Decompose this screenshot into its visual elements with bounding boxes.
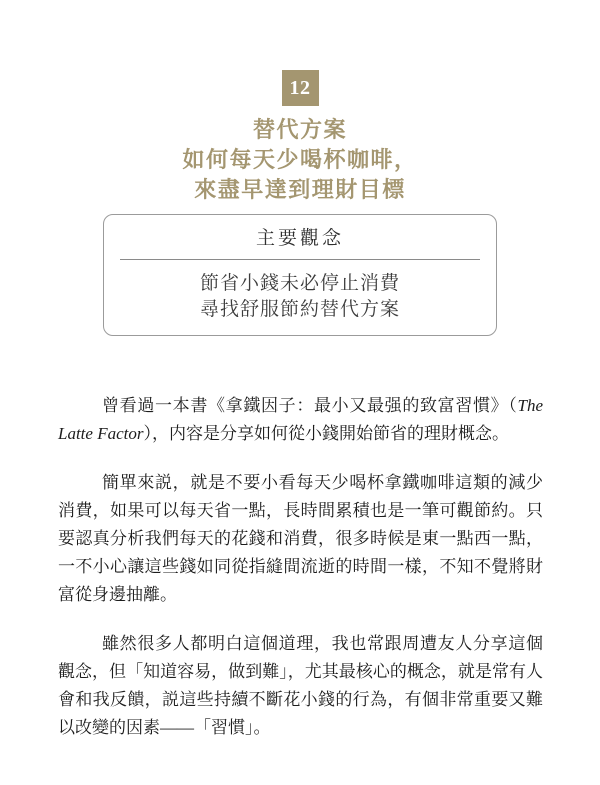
paragraph-1-text-post: ），内容是分享如何從小錢開始節省的理財概念。 — [143, 424, 509, 443]
chapter-title: 替代方案 如何每天少喝杯咖啡， 來盡早達到理財目標 — [0, 115, 600, 205]
chapter-title-line-2: 如何每天少喝杯咖啡， — [0, 145, 600, 175]
concept-line-1: 節省小錢未必停止消費 — [120, 271, 480, 297]
concept-divider-line — [120, 259, 480, 260]
key-concept-box: 主要觀念 節省小錢未必停止消費 尋找舒服節約替代方案 — [103, 214, 497, 336]
chapter-title-line-1: 替代方案 — [0, 115, 600, 145]
paragraph-1: 曾看過一本書《拿鐵因子：最小又最强的致富習慣》（The Latte Factor… — [58, 392, 543, 448]
book-page: 12 替代方案 如何每天少喝杯咖啡， 來盡早達到理財目標 主要觀念 節省小錢未必… — [0, 0, 600, 785]
paragraph-2: 簡單來説，就是不要小看每天少喝杯拿鐵咖啡這類的減少消費，如果可以每天省一點，長時… — [58, 469, 543, 609]
body-text: 曾看過一本書《拿鐵因子：最小又最强的致富習慣》（The Latte Factor… — [58, 392, 543, 742]
chapter-title-line-3: 來盡早達到理財目標 — [0, 175, 600, 205]
chapter-number-badge: 12 — [282, 70, 319, 106]
paragraph-1-text-pre: 曾看過一本書《拿鐵因子：最小又最强的致富習慣》（ — [102, 396, 518, 415]
concept-line-2: 尋找舒服節約替代方案 — [120, 297, 480, 323]
paragraph-3: 雖然很多人都明白這個道理，我也常跟周遭友人分享這個觀念，但「知道容易，做到難」，… — [58, 630, 543, 742]
key-concept-heading: 主要觀念 — [120, 227, 480, 251]
